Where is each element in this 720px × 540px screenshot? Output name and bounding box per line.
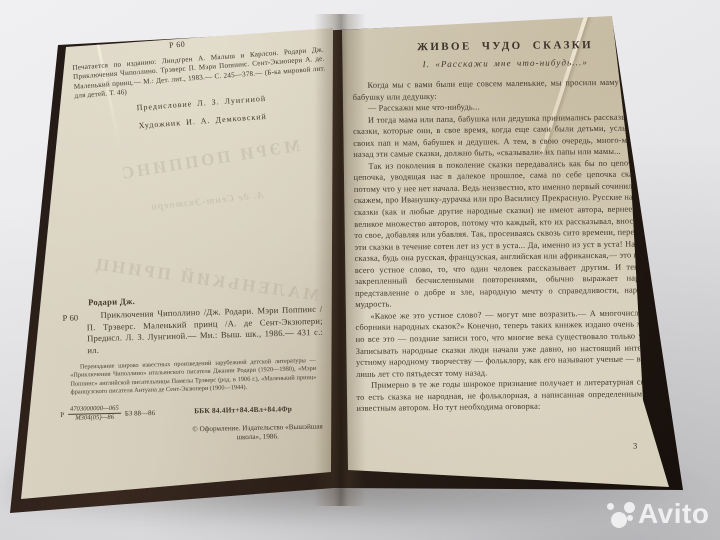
avito-watermark: Avito xyxy=(600,496,720,536)
paragraph: Так из поколения в поколение сказки пере… xyxy=(353,157,661,311)
page-number: 3 xyxy=(633,441,637,451)
formula-prefix: Р xyxy=(60,410,64,418)
avito-watermark-text: Avito xyxy=(638,498,709,530)
catalog-author: Родари Дж. xyxy=(88,296,135,307)
paragraph: И тогда мама или папа, бабушка или дедуш… xyxy=(353,111,660,161)
paragraph: Примерно в те же годы широкое признание … xyxy=(356,376,662,414)
bbk-full-code: ББК 84.4Ит+84.4Вл+84.4Фр xyxy=(194,403,324,415)
showthrough-text-mary-poppins: МЭРИ ПОППИНС xyxy=(118,136,302,184)
chapter-title: ЖИВОЕ ЧУДО СКАЗКИ xyxy=(352,38,658,54)
photo-of-open-book: ББК 84.4Ит Р 60 Печатается по изданию: Л… xyxy=(0,0,720,540)
catalog-description: Приключения Чиполлино /Дж. Родари. Мэри … xyxy=(86,304,323,357)
showthrough-text-exupery: А. де Сент-Экзюпери xyxy=(150,190,264,213)
body-text: Когда мы с вами были еще совсем маленьки… xyxy=(352,76,662,415)
right-page-text-block: ЖИВОЕ ЧУДО СКАЗКИ I. «Расскажи мне что-н… xyxy=(352,38,658,42)
avito-logo-icon xyxy=(624,502,635,513)
formula-suffix: БЗ 88—86 xyxy=(125,409,155,418)
section-title: I. «Расскажи мне что-нибудь...» xyxy=(352,56,658,70)
avito-logo-icon xyxy=(607,503,614,510)
copyright-line: © Оформление. Издательство «Вышэйшая шко… xyxy=(182,422,332,444)
avito-logo-icon xyxy=(627,515,633,521)
catalog-number-formula: Р 4703000000—065 М304(05)—86 БЗ 88—86 xyxy=(60,404,155,423)
formula-fraction: 4703000000—065 М304(05)—86 xyxy=(68,405,121,423)
imprint-block: Р 4703000000—065 М304(05)—86 БЗ 88—86 ББ… xyxy=(60,399,320,404)
paragraph: «Какое же это устное слово? — могут мне … xyxy=(355,307,662,380)
catalog-index: Р 60 xyxy=(62,313,78,323)
catalog-annotation: Переиздание широко известных произведени… xyxy=(70,357,317,397)
formula-denominator: М304(05)—86 xyxy=(68,414,121,423)
avito-logo-icon xyxy=(611,512,627,528)
